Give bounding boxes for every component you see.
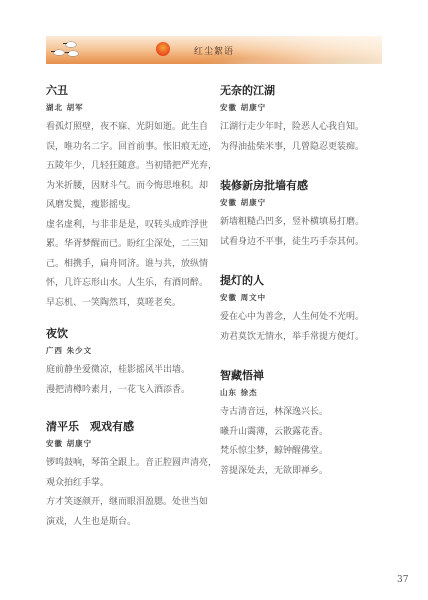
page-number: 37 [397, 575, 408, 585]
poem-line: 虚名虚利，与非非是是，叹转头成昨浮世 [46, 216, 222, 236]
poem-qing-ping-le: 清平乐 观戏有感 安徽 胡康宁 锣鸣鼓响，琴笛全跟上。音正腔圆声清亮， 观众拍红… [46, 420, 222, 532]
poem-title: 装修新房批墙有感 [220, 179, 396, 193]
poem-title: 六丑 [46, 84, 222, 98]
poem-title: 无奈的江湖 [220, 84, 396, 98]
header-banner: 红尘絮语 [46, 36, 382, 64]
poem-line: 曦升山霭薄，云散露花香。 [220, 423, 396, 443]
poem-zhi-cang-wu-chan: 智藏悟禅 山东 徐杰 寺古清音远，林深逸兴长。 曦升山霭薄，云散露花香。 梵乐惊… [220, 369, 396, 481]
poem-wu-nai-jiang-hu: 无奈的江湖 安徽 胡康宁 江湖行走少年时，险恶人心我自知。 为得油盐柴米事，几曾… [220, 84, 396, 157]
poem-line: 误，唯功名二字。回首前事。怅旧痕无迹， [46, 138, 222, 158]
poem-line: 试看身边不平事，徒生巧手奈其何。 [220, 233, 396, 253]
poem-title: 清平乐 观戏有感 [46, 420, 222, 434]
poem-author: 广西 朱少文 [46, 346, 222, 356]
poem-line: 早忘机、一笑陶然耳，莫嗟老矣。 [46, 294, 222, 314]
poem-line: 新墙粗糙凸凹多，竖补横填易打磨。 [220, 213, 396, 233]
poem-ye-yin: 夜饮 广西 朱少文 庭前静坐爱微凉，桂影摇风半出墙。 漫把清樽吟素月，一花飞入酒… [46, 327, 222, 400]
poem-line: 江湖行走少年时，险恶人心我自知。 [220, 118, 396, 138]
crane-icon [68, 51, 78, 56]
poem-line: 观众拍红手掌。 [46, 474, 222, 494]
poem-author: 安徽 胡康宁 [220, 198, 396, 208]
poem-line: 为得油盐柴米事，几曾隐忍更装痴。 [220, 138, 396, 158]
poem-line: 方才笑逐颜开，继而眼泪盈腮。处世当如 [46, 493, 222, 513]
right-column: 无奈的江湖 安徽 胡康宁 江湖行走少年时，险恶人心我自知。 为得油盐柴米事，几曾… [220, 84, 396, 481]
poem-line: 己。相携手，扁舟同济。谁与共，放纵情 [46, 255, 222, 275]
poem-line: 怀，几许忘形山水。人生乐，有酒同醉。 [46, 274, 222, 294]
poem-author: 安徽 胡康宁 [46, 439, 222, 449]
poem-line: 庭前静坐爱微凉，桂影摇风半出墙。 [46, 361, 222, 381]
poem-title: 夜饮 [46, 327, 222, 341]
poem-line: 爱在心中为善念，人生何处不光明。 [220, 308, 396, 328]
poem-line: 演戏，人生也是斯台。 [46, 513, 222, 533]
poem-author: 山东 徐杰 [220, 388, 396, 398]
poem-line: 梵乐惊尘梦，鲸钟醒佛堂。 [220, 442, 396, 462]
poem-line: 菩提深处去，无欲即禅乡。 [220, 462, 396, 482]
poem-line: 锣鸣鼓响，琴笛全跟上。音正腔圆声清亮， [46, 454, 222, 474]
poem-line: 劝君莫饮无情水，举手常提方便灯。 [220, 328, 396, 348]
poem-line: 看孤灯照壁，夜不寐、光阴如逝。此生自 [46, 118, 222, 138]
crane-icon [66, 42, 76, 47]
crane-icon [54, 50, 64, 55]
poem-ti-deng: 提灯的人 安徽 周文中 爱在心中为善念，人生何处不光明。 劝君莫饮无情水，举手常… [220, 274, 396, 347]
poem-author: 湖北 胡军 [46, 103, 222, 113]
poem-title: 智藏悟禅 [220, 369, 396, 383]
poem-line: 五陵年少，几轻狂随意。当初错把严光弃， [46, 157, 222, 177]
poem-line: 累。华胥梦醒而已。盼红尘深处，二三知 [46, 235, 222, 255]
poem-author: 安徽 周文中 [220, 293, 396, 303]
poem-zhuang-xiu: 装修新房批墙有感 安徽 胡康宁 新墙粗糙凸凹多，竖补横填易打磨。 试看身边不平事… [220, 179, 396, 252]
left-column: 六丑 湖北 胡军 看孤灯照壁，夜不寐、光阴如逝。此生自 误，唯功名二字。回首前事… [46, 84, 222, 532]
poem-line: 漫把清樽吟素月，一花飞入酒添香。 [46, 381, 222, 401]
poem-line: 风磨发鬓，瘦影摇曳。 [46, 196, 222, 216]
poem-author: 安徽 胡康宁 [220, 103, 396, 113]
poem-title: 提灯的人 [220, 274, 396, 288]
poem-liu-chou: 六丑 湖北 胡军 看孤灯照壁，夜不寐、光阴如逝。此生自 误，唯功名二字。回首前事… [46, 84, 222, 313]
poem-line: 为米折腰，因财斗气。而今悔思堆积。却 [46, 177, 222, 197]
poem-line: 寺古清音远，林深逸兴长。 [220, 403, 396, 423]
sun-icon [156, 42, 170, 56]
banner-title: 红尘絮语 [194, 44, 234, 57]
